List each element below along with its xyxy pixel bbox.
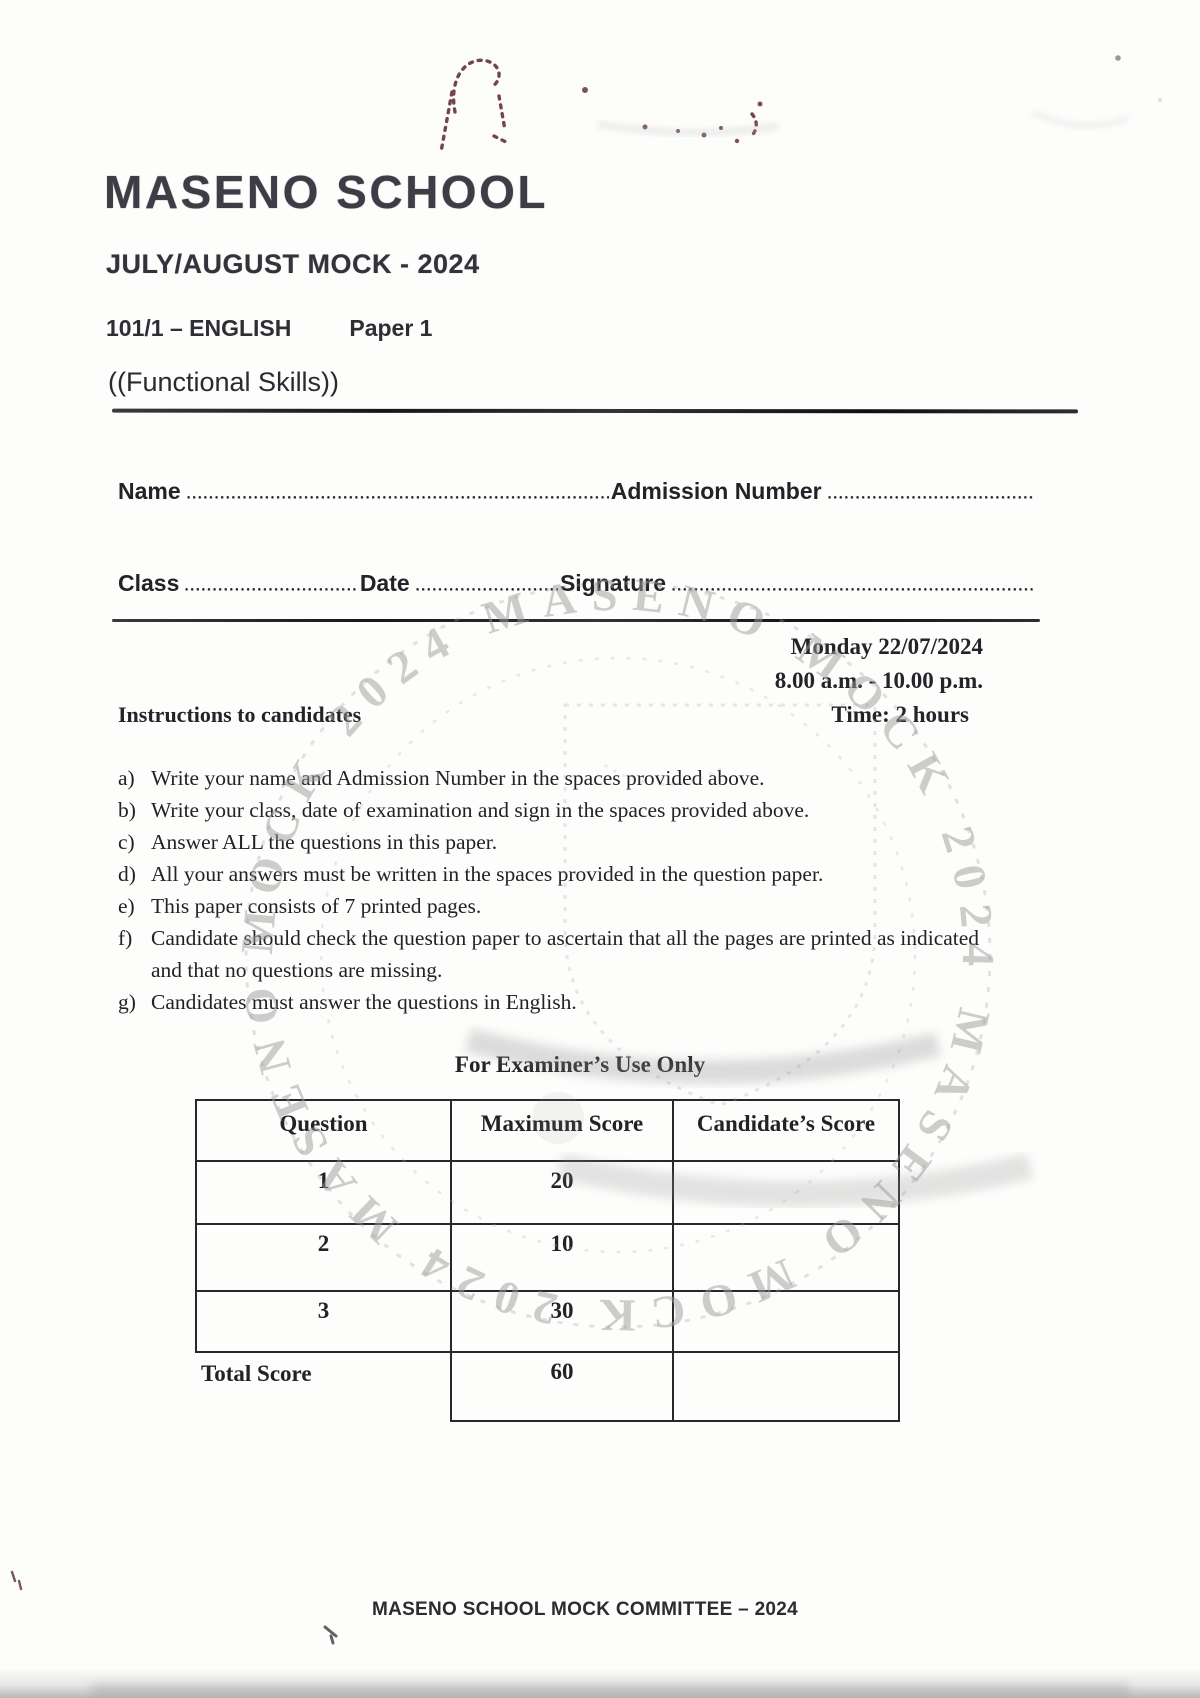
class-date-signature-row: Class Date Signature [118,570,1035,597]
table-row-2-candidate-score [672,1223,900,1290]
instruction-item-f: f) Candidate should check the question p… [118,922,1018,986]
date-dotted-line [415,587,558,592]
instruction-letter: a) [118,762,151,794]
handwriting-ink [441,60,756,152]
paper-code: 101/1 – ENGLISH [106,315,291,341]
table-row-3-max-score: 30 [450,1290,672,1353]
instructions-list: a) Write your name and Admission Number … [118,762,1018,1018]
topright-ink-fleck [1115,55,1121,61]
exam-time-range: 8.00 a.m. - 10.00 p.m. [700,664,983,698]
table-row-1-candidate-score [672,1160,900,1223]
paper-subtitle: ((Functional Skills)) [108,367,339,398]
bottom-center-ink-tick [325,1627,336,1643]
total-candidate-score [672,1353,900,1422]
name-admission-row: Name Admission Number [118,478,1035,505]
exam-duration: Time: 2 hours [700,698,983,732]
instruction-item-e: e) This paper consists of 7 printed page… [118,890,1018,922]
footer-committee-line: MASENO SCHOOL MOCK COMMITTEE – 2024 [0,1599,1170,1621]
date-label: Date [360,570,410,597]
instruction-letter: g) [118,986,151,1018]
table-row-1-max-score: 20 [450,1160,672,1223]
instruction-text: Candidate should check the question pape… [151,922,1011,986]
instruction-item-a: a) Write your name and Admission Number … [118,762,1018,794]
instructions-heading: Instructions to candidates [118,702,361,728]
signature-dotted-line [671,587,1033,592]
total-max-score: 60 [450,1353,672,1422]
instruction-text: Write your class, date of examination an… [151,794,1011,826]
pen-stroke-stem [441,92,452,152]
paper-number: Paper 1 [349,315,432,341]
column-header-question: Question [195,1099,450,1160]
instruction-item-g: g) Candidates must answer the questions … [118,986,1018,1018]
exam-session-title: JULY/AUGUST MOCK - 2024 [106,249,480,280]
table-row-3-question: 3 [195,1290,450,1353]
admission-number-dotted-line [827,495,1033,500]
examiner-score-table: Question Maximum Score Candidate’s Score… [195,1099,900,1422]
horizontal-rule-top [112,409,1078,414]
paper-code-line: 101/1 – ENGLISHPaper 1 [106,315,432,342]
table-row-3-candidate-score [672,1290,900,1353]
topright-gray-squiggle [1032,112,1128,126]
scanner-edge-smudge [90,1683,1130,1695]
table-row-2-question: 2 [195,1223,450,1290]
instruction-letter: b) [118,794,151,826]
class-label: Class [118,570,179,597]
pen-stroke-cap [454,60,499,112]
instruction-text: Write your name and Admission Number in … [151,762,1011,794]
pen-stroke-t2 [494,136,510,144]
instruction-letter: e) [118,890,151,922]
horizontal-rule-mid [112,619,1040,622]
name-dotted-line [186,495,609,500]
bottom-left-ink-ticks [12,1572,21,1589]
instruction-letter: d) [118,858,151,890]
instruction-text: All your answers must be written in the … [151,858,1011,890]
signature-label: Signature [560,570,666,597]
name-label: Name [118,478,181,505]
instruction-letter: f) [118,922,151,986]
scanner-edge-shadow [0,1668,1200,1698]
column-header-candidate-score: Candidate’s Score [672,1099,900,1160]
exam-date: Monday 22/07/2024 [700,630,983,664]
instruction-text: Candidates must answer the questions in … [151,986,1011,1018]
table-row-2-max-score: 10 [450,1223,672,1290]
handwriting-gray-smear [598,124,778,133]
pen-stroke-t1 [499,96,505,130]
handwriting-dots [582,87,763,143]
instruction-letter: c) [118,826,151,858]
class-dotted-line [184,587,357,592]
exam-paper-page: MASENO SCHOOL JULY/AUGUST MOCK - 2024 10… [0,0,1200,1698]
instruction-text: Answer ALL the questions in this paper. [151,826,1011,858]
pen-stroke-i [751,114,756,137]
column-header-maximum-score: Maximum Score [450,1099,672,1160]
instruction-item-d: d) All your answers must be written in t… [118,858,1018,890]
exam-schedule-block: Monday 22/07/2024 8.00 a.m. - 10.00 p.m.… [700,630,983,732]
examiner-table-title: For Examiner’s Use Only [230,1052,930,1078]
instruction-item-c: c) Answer ALL the questions in this pape… [118,826,1018,858]
total-score-label: Total Score [195,1353,450,1422]
table-row-1-question: 1 [195,1160,450,1223]
page-title-school-name: MASENO SCHOOL [104,165,548,219]
instruction-text: This paper consists of 7 printed pages. [151,890,1011,922]
admission-number-label: Admission Number [611,478,822,505]
topright-gray-fleck [1158,98,1162,102]
instruction-item-b: b) Write your class, date of examination… [118,794,1018,826]
